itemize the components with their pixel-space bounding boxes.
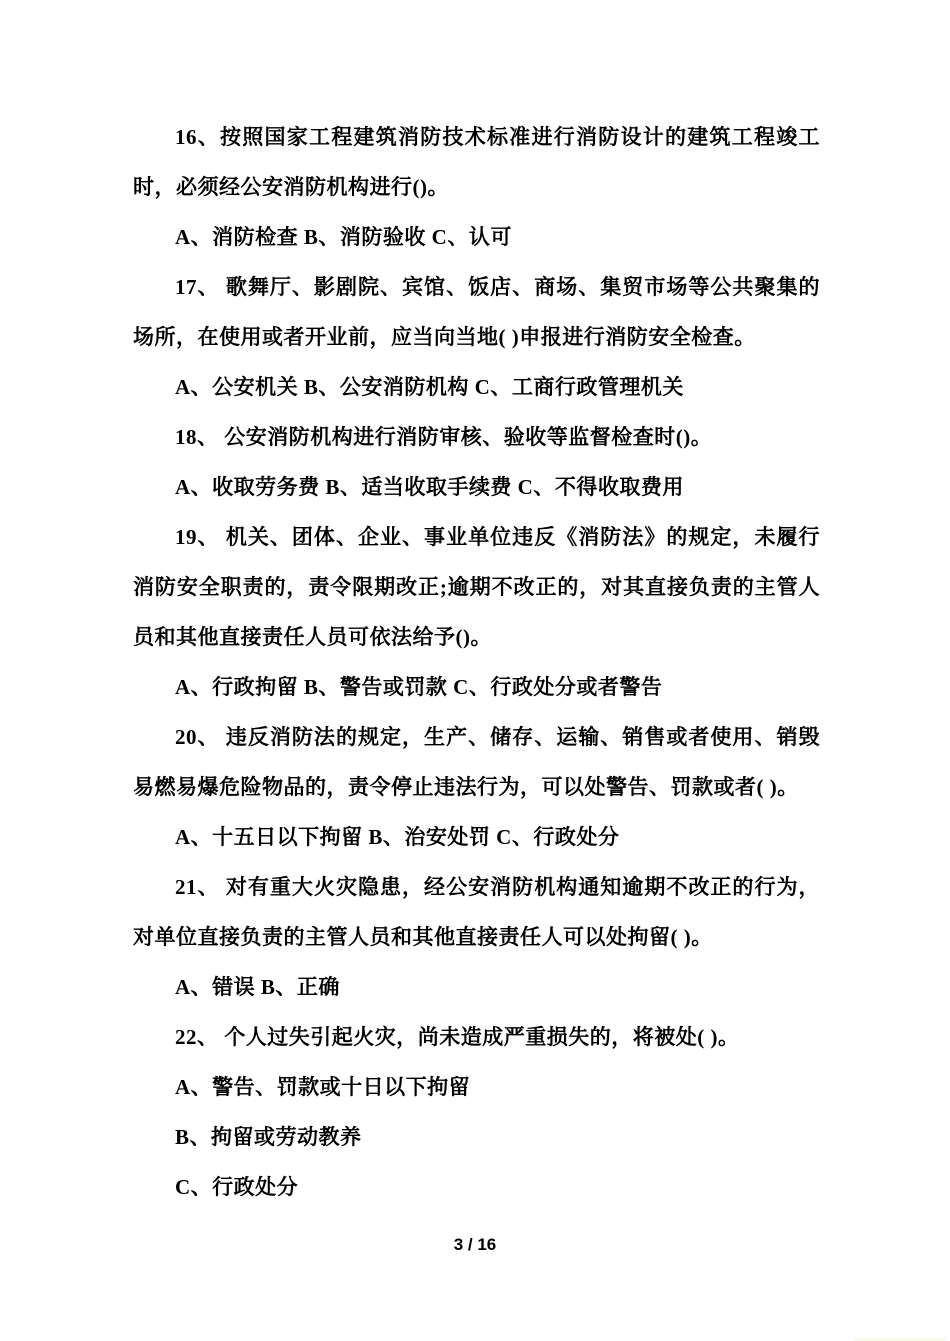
question-20: 20、 违反消防法的规定，生产、储存、运输、销售或者使用、销毁易燃易爆危险物品的… bbox=[133, 712, 820, 862]
question-19-options: A、行政拘留 B、警告或罚款 C、行政处分或者警告 bbox=[133, 662, 820, 712]
question-21: 21、 对有重大火灾隐患，经公安消防机构通知逾期不改正的行为，对单位直接负责的主… bbox=[133, 862, 820, 1012]
question-16-options: A、消防检查 B、消防验收 C、认可 bbox=[133, 212, 820, 262]
question-21-text: 21、 对有重大火灾隐患，经公安消防机构通知逾期不改正的行为，对单位直接负责的主… bbox=[133, 862, 820, 962]
page-number: 3 / 16 bbox=[454, 1235, 497, 1254]
question-21-options: A、错误 B、正确 bbox=[133, 962, 820, 1012]
question-22-text: 22、 个人过失引起火灾，尚未造成严重损失的，将被处( )。 bbox=[133, 1012, 820, 1062]
question-22-option-a: A、警告、罚款或十日以下拘留 bbox=[133, 1062, 820, 1112]
question-list: 16、按照国家工程建筑消防技术标准进行消防设计的建筑工程竣工时，必须经公安消防机… bbox=[133, 112, 820, 1212]
question-19-text: 19、 机关、团体、企业、事业单位违反《消防法》的规定，未履行消防安全职责的，责… bbox=[133, 512, 820, 662]
page-footer: 3 / 16 bbox=[0, 1235, 950, 1255]
question-17-options: A、公安机关 B、公安消防机构 C、工商行政管理机关 bbox=[133, 362, 820, 412]
question-22: 22、 个人过失引起火灾，尚未造成严重损失的，将被处( )。 A、警告、罚款或十… bbox=[133, 1012, 820, 1212]
question-16: 16、按照国家工程建筑消防技术标准进行消防设计的建筑工程竣工时，必须经公安消防机… bbox=[133, 112, 820, 262]
question-18-text: 18、 公安消防机构进行消防审核、验收等监督检查时()。 bbox=[133, 412, 820, 462]
question-20-options: A、十五日以下拘留 B、治安处罚 C、行政处分 bbox=[133, 812, 820, 862]
question-17-text: 17、 歌舞厅、影剧院、宾馆、饭店、商场、集贸市场等公共聚集的场所，在使用或者开… bbox=[133, 262, 820, 362]
question-16-text: 16、按照国家工程建筑消防技术标准进行消防设计的建筑工程竣工时，必须经公安消防机… bbox=[133, 112, 820, 212]
question-22-option-c: C、行政处分 bbox=[133, 1162, 820, 1212]
question-22-option-b: B、拘留或劳动教养 bbox=[133, 1112, 820, 1162]
question-19: 19、 机关、团体、企业、事业单位违反《消防法》的规定，未履行消防安全职责的，责… bbox=[133, 512, 820, 712]
question-17: 17、 歌舞厅、影剧院、宾馆、饭店、商场、集贸市场等公共聚集的场所，在使用或者开… bbox=[133, 262, 820, 412]
document-page: 16、按照国家工程建筑消防技术标准进行消防设计的建筑工程竣工时，必须经公安消防机… bbox=[0, 0, 950, 1341]
question-20-text: 20、 违反消防法的规定，生产、储存、运输、销售或者使用、销毁易燃易爆危险物品的… bbox=[133, 712, 820, 812]
question-18: 18、 公安消防机构进行消防审核、验收等监督检查时()。 A、收取劳务费 B、适… bbox=[133, 412, 820, 512]
question-18-options: A、收取劳务费 B、适当收取手续费 C、不得收取费用 bbox=[133, 462, 820, 512]
